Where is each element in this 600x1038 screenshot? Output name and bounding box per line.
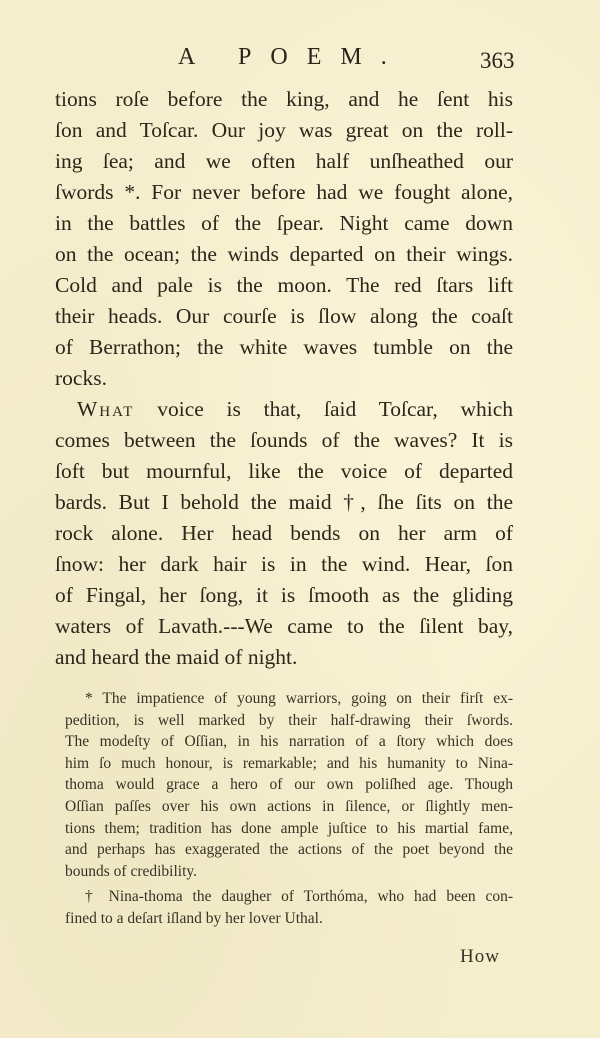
footnotes: * The impatience of young warriors, goin… (65, 688, 513, 930)
body-line: on the ocean; the winds departed on thei… (55, 239, 513, 270)
body-line: ſwords *. For never before had we fought… (55, 177, 513, 208)
footnote-asterisk: * The impatience of young warriors, goin… (65, 688, 513, 882)
body-line: and heard the maid of night. (55, 642, 513, 673)
body-text: tions roſe before the king, and he ſent … (55, 84, 513, 673)
footnote-line: tions them; tradition has done ample juſ… (65, 818, 513, 840)
footnote-line: Oſſian paſſes over his own actions in ſi… (65, 796, 513, 818)
body-line: in the battles of the ſpear. Night came … (55, 208, 513, 239)
footnote-dagger: † Nina-thoma the daugher of Torthóma, wh… (65, 886, 513, 929)
page-number: 363 (480, 48, 515, 74)
smallcaps-opening-word: What (77, 397, 134, 421)
body-line: ing ſea; and we often half unſheathed ou… (55, 146, 513, 177)
body-line: tions roſe before the king, and he ſent … (55, 84, 513, 115)
book-page: A POEM. 363 tions roſe before the king, … (0, 0, 600, 1038)
footnote-line: * The impatience of young warriors, goin… (65, 688, 513, 710)
body-line: ſnow: her dark hair is in the wind. Hear… (55, 549, 513, 580)
footnote-line: pedition, is well marked by their half-d… (65, 710, 513, 732)
body-line: rocks. (55, 363, 513, 394)
running-title: A POEM. (178, 44, 406, 71)
body-line: bards. But I behold the maid †, ſhe ſits… (55, 487, 513, 518)
footnote-line: thoma would grace a hero of our own poli… (65, 774, 513, 796)
running-head: A POEM. 363 (0, 44, 600, 74)
footnote-line: bounds of credibility. (65, 861, 513, 883)
body-line: ſoft but mournful, like the voice of dep… (55, 456, 513, 487)
body-line: waters of Lavath.---We came to the ſilen… (55, 611, 513, 642)
footnote-line: and perhaps has exaggerated the actions … (65, 839, 513, 861)
body-line: ſon and Toſcar. Our joy was great on the… (55, 115, 513, 146)
footnote-line: fined to a deſart iſland by her lover Ut… (65, 908, 513, 930)
body-line: their heads. Our courſe is ſlow along th… (55, 301, 513, 332)
footnote-line: † Nina-thoma the daugher of Torthóma, wh… (65, 886, 513, 908)
body-line: of Berrathon; the white waves tumble on … (55, 332, 513, 363)
body-line: Cold and pale is the moon. The red ſtars… (55, 270, 513, 301)
body-line: of Fingal, her ſong, it is ſmooth as the… (55, 580, 513, 611)
catchword: How (460, 946, 500, 968)
body-line: comes between the ſounds of the waves? I… (55, 425, 513, 456)
opening-line-rest: voice is that, ſaid Toſcar, which (134, 397, 513, 421)
paragraph-opening-line: What voice is that, ſaid Toſcar, which (55, 394, 513, 425)
footnote-line: The modeſty of Oſſian, in his narration … (65, 731, 513, 753)
body-line: rock alone. Her head bends on her arm of (55, 518, 513, 549)
footnote-line: him ſo much honour, is remarkable; and h… (65, 753, 513, 775)
